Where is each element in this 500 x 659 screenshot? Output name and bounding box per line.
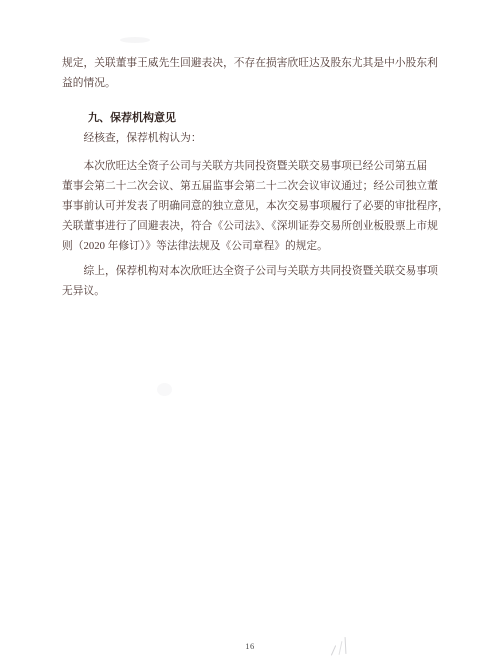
paragraph-sponsor-opinion: 本次欣旺达全资子公司与关联方共同投资暨关联交易事项已经公司第五届 董事会第二十二… <box>62 156 442 256</box>
page-number: 16 <box>0 641 500 651</box>
pen-mark <box>328 634 354 659</box>
paragraph-continuation: 规定，关联董事王威先生回避表决，不存在损害欣旺达及股东尤其是中小股东利 益的情况… <box>62 53 442 93</box>
pen-stroke <box>339 641 343 655</box>
scan-smudge <box>120 37 150 43</box>
paragraph-conclusion: 综上，保荐机构对本次欣旺达全资子公司与关联方共同投资暨关联交易事项 无异议。 <box>62 261 442 301</box>
document-page: 规定，关联董事王威先生回避表决，不存在损害欣旺达及股东尤其是中小股东利 益的情况… <box>0 0 500 659</box>
section-heading: 九、保荐机构意见 <box>62 108 442 128</box>
scan-smudge <box>157 383 172 396</box>
pen-stroke <box>345 637 347 654</box>
document-body: 规定，关联董事王威先生回避表决，不存在损害欣旺达及股东尤其是中小股东利 益的情况… <box>62 53 442 301</box>
pen-stroke <box>331 645 337 656</box>
paragraph-verification-intro: 经核查，保荐机构认为： <box>62 128 442 148</box>
